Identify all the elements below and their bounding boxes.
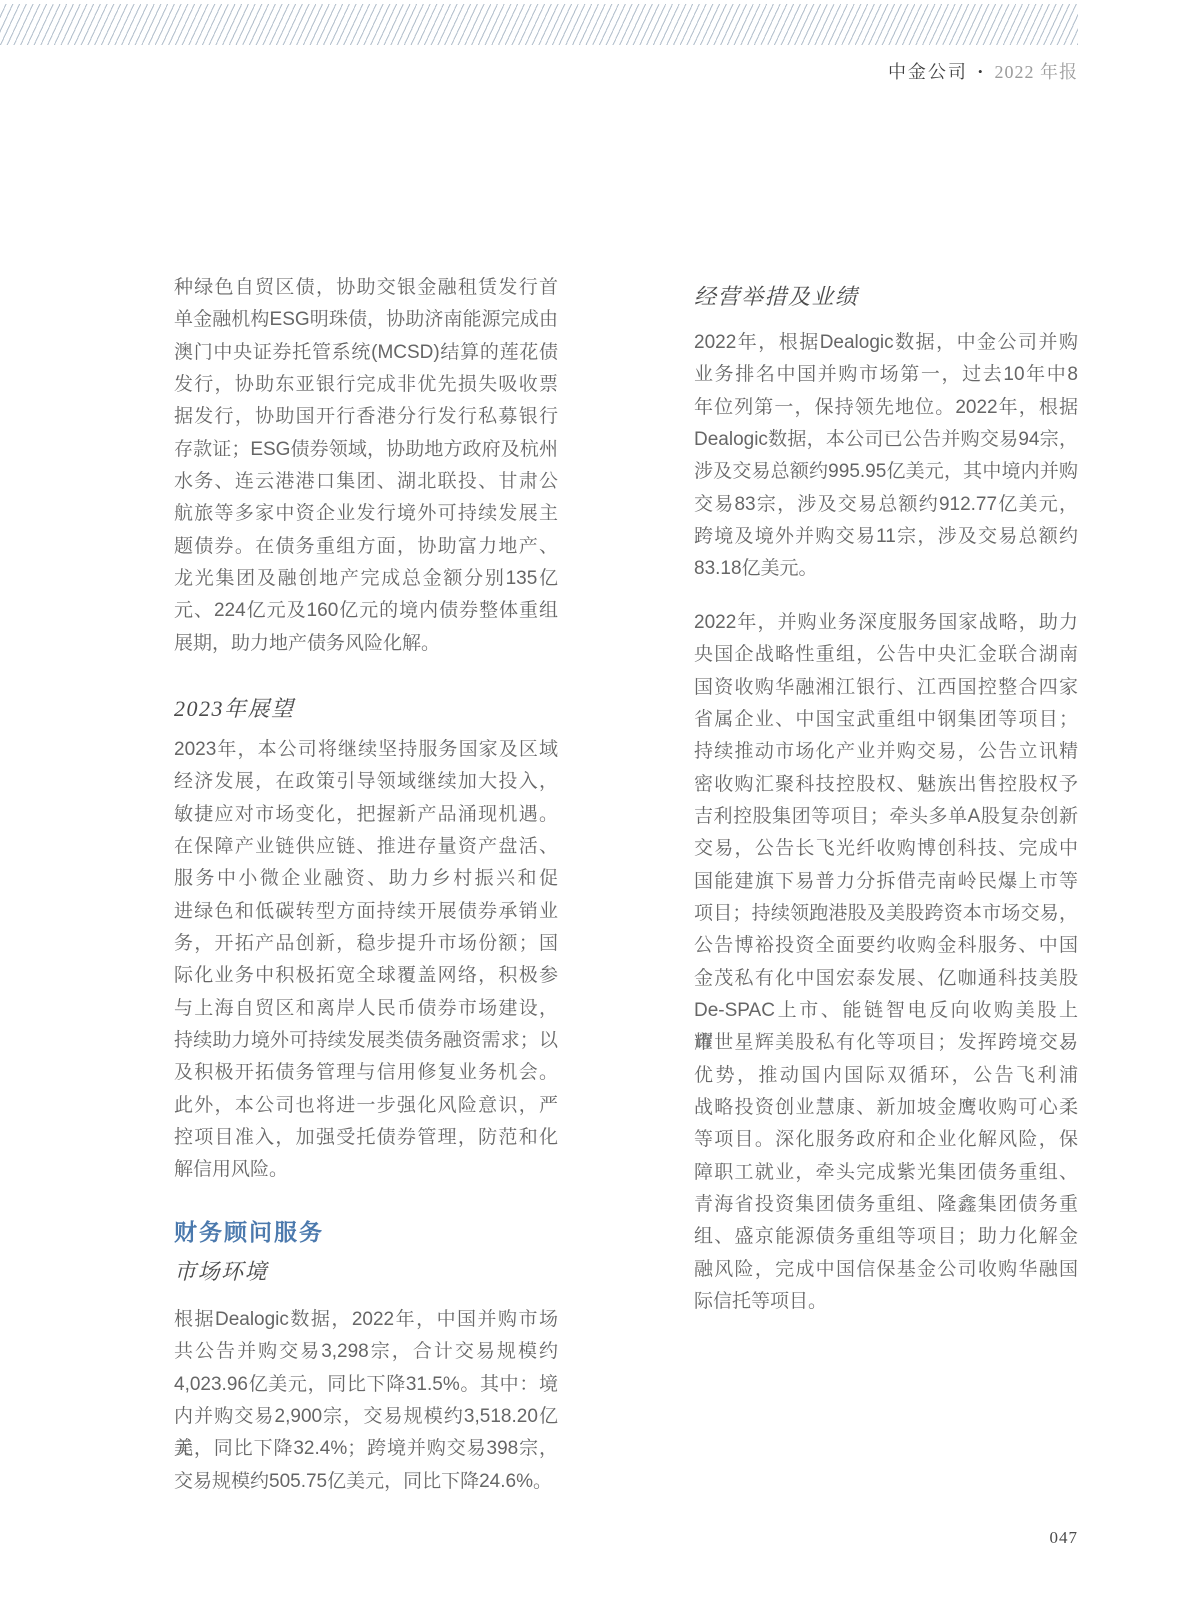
- text-line: 内并购交易2,900宗，交易规模约3,518.20亿美: [174, 1401, 558, 1433]
- text-line: 4,023.96亿美元，同比下降31.5%。其中：境: [174, 1369, 558, 1401]
- text-line: 元、224亿元及160亿元的境内债券整体重组: [174, 595, 558, 627]
- text-line: 务，开拓产品创新，稳步提升市场份额；国: [174, 928, 558, 960]
- text-line: 2023年，本公司将继续坚持服务国家及区域: [174, 734, 558, 766]
- text-line: 服务中小微企业融资、助力乡村振兴和促: [174, 863, 558, 895]
- paragraph-2023-outlook: 2023年，本公司将继续坚持服务国家及区域经济发展，在政策引导领域继续加大投入，…: [174, 734, 558, 1187]
- text-line: 融风险，完成中国信保基金公司收购华融国: [694, 1254, 1078, 1286]
- text-line: 单金融机构ESG明珠债，协助济南能源完成由: [174, 304, 558, 336]
- heading-operations-results: 经营举措及业绩: [694, 280, 859, 311]
- text-line: 国能建旗下易普力分拆借壳南岭民爆上市等: [694, 866, 1078, 898]
- text-line: 解信用风险。: [174, 1154, 558, 1186]
- text-line: 央国企战略性重组，公告中央汇金联合湖南: [694, 639, 1078, 671]
- text-line: 题债券。在债务重组方面，协助富力地产、: [174, 531, 558, 563]
- text-line: 交易规模约505.75亿美元，同比下降24.6%。: [174, 1466, 558, 1498]
- text-line: 发行，协助东亚银行完成非优先损失吸收票: [174, 369, 558, 401]
- text-line: 持续助力境外可持续发展类债务融资需求；以: [174, 1025, 558, 1057]
- bullet-separator-icon: •: [978, 64, 985, 79]
- text-line: 省属企业、中国宝武重组中钢集团等项目；: [694, 704, 1078, 736]
- text-line: 2022年，并购业务深度服务国家战略，助力: [694, 607, 1078, 639]
- text-line: 进绿色和低碳转型方面持续开展债券承销业: [174, 896, 558, 928]
- header-edition: 2022 年报: [995, 62, 1079, 82]
- text-line: 吉利控股集团等项目；牵头多单A股复杂创新: [694, 801, 1078, 833]
- paragraph-ma-ranking: 2022年，根据Dealogic数据，中金公司并购业务排名中国并购市场第一，过去…: [694, 327, 1078, 586]
- text-line: 此外，本公司也将进一步强化风险意识，严: [174, 1090, 558, 1122]
- text-line: 展期，助力地产债务风险化解。: [174, 628, 558, 660]
- text-line: 元，同比下降32.4%；跨境并购交易398宗，: [174, 1433, 558, 1465]
- text-line: 际信托等项目。: [694, 1286, 1078, 1318]
- text-line: 等项目。深化服务政府和企业化解风险，保: [694, 1124, 1078, 1156]
- paragraph-ma-deals: 2022年，并购业务深度服务国家战略，助力央国企战略性重组，公告中央汇金联合湖南…: [694, 607, 1078, 1318]
- page-header: 中金公司•2022 年报: [888, 58, 1078, 84]
- text-line: 航旅等多家中资企业发行境外可持续发展主: [174, 498, 558, 530]
- text-line: 龙光集团及融创地产完成总金额分别135亿: [174, 563, 558, 595]
- text-line: 国资收购华融湘江银行、江西国控整合四家: [694, 672, 1078, 704]
- document-page: 中金公司•2022 年报 种绿色自贸区债，协助交银金融租赁发行首单金融机构ESG…: [0, 0, 1190, 1615]
- text-line: 耀世星辉美股私有化等项目；发挥跨境交易: [694, 1027, 1078, 1059]
- text-line: 及积极开拓债务管理与信用修复业务机会。: [174, 1057, 558, 1089]
- text-line: 业务排名中国并购市场第一，过去10年中8: [694, 359, 1078, 391]
- text-line: 年位列第一，保持领先地位。2022年，根据: [694, 392, 1078, 424]
- text-line: 存款证；ESG债券领域，协助地方政府及杭州: [174, 434, 558, 466]
- text-line: 澳门中央证券托管系统(MCSD)结算的莲花债: [174, 337, 558, 369]
- text-line: 种绿色自贸区债，协助交银金融租赁发行首: [174, 272, 558, 304]
- text-line: 金茂私有化中国宏泰发展、亿咖通科技美股: [694, 963, 1078, 995]
- text-line: Dealogic数据，本公司已公告并购交易94宗，: [694, 424, 1078, 456]
- text-line: 优势，推动国内国际双循环，公告飞利浦: [694, 1060, 1078, 1092]
- text-line: 控项目准入，加强受托债券管理，防范和化: [174, 1122, 558, 1154]
- text-line: 战略投资创业慧康、新加坡金鹰收购可心柔: [694, 1092, 1078, 1124]
- text-line: 持续推动市场化产业并购交易，公告立讯精: [694, 736, 1078, 768]
- text-line: De-SPAC上市、能链智电反向收购美股上市、: [694, 995, 1078, 1027]
- text-line: 组、盛京能源债务重组等项目；助力化解金: [694, 1221, 1078, 1253]
- text-line: 障职工就业，牵头完成紫光集团债务重组、: [694, 1157, 1078, 1189]
- paragraph-debt-underwriting: 种绿色自贸区债，协助交银金融租赁发行首单金融机构ESG明珠债，协助济南能源完成由…: [174, 272, 558, 660]
- decorative-hatch-band: [0, 4, 1078, 45]
- text-line: 涉及交易总额约995.95亿美元，其中境内并购: [694, 456, 1078, 488]
- text-line: 水务、连云港港口集团、湖北联投、甘肃公: [174, 466, 558, 498]
- text-line: 根据Dealogic数据，2022年，中国并购市场: [174, 1304, 558, 1336]
- text-line: 在保障产业链供应链、推进存量资产盘活、: [174, 831, 558, 863]
- text-line: 跨境及境外并购交易11宗，涉及交易总额约: [694, 521, 1078, 553]
- text-line: 际化业务中积极拓宽全球覆盖网络，积极参: [174, 960, 558, 992]
- text-line: 2022年，根据Dealogic数据，中金公司并购: [694, 327, 1078, 359]
- text-line: 与上海自贸区和离岸人民币债券市场建设，: [174, 993, 558, 1025]
- text-line: 据发行，协助国开行香港分行发行私募银行: [174, 401, 558, 433]
- heading-financial-advisory: 财务顾问服务: [174, 1214, 324, 1247]
- text-line: 公告博裕投资全面要约收购金科服务、中国: [694, 930, 1078, 962]
- text-line: 83.18亿美元。: [694, 553, 1078, 585]
- text-line: 交易，公告长飞光纤收购博创科技、完成中: [694, 833, 1078, 865]
- paragraph-market-environment: 根据Dealogic数据，2022年，中国并购市场共公告并购交易3,298宗，合…: [174, 1304, 558, 1498]
- heading-2023-outlook: 2023年展望: [174, 692, 295, 723]
- text-line: 交易83宗，涉及交易总额约912.77亿美元，: [694, 489, 1078, 521]
- text-line: 共公告并购交易3,298宗，合计交易规模约: [174, 1336, 558, 1368]
- page-number: 047: [1050, 1528, 1079, 1548]
- header-brand: 中金公司: [888, 62, 968, 82]
- text-line: 项目；持续领跑港股及美股跨资本市场交易，: [694, 898, 1078, 930]
- heading-market-environment: 市场环境: [174, 1255, 268, 1286]
- text-line: 密收购汇聚科技控股权、魅族出售控股权予: [694, 769, 1078, 801]
- text-line: 经济发展，在政策引导领域继续加大投入，: [174, 766, 558, 798]
- text-line: 青海省投资集团债务重组、隆鑫集团债务重: [694, 1189, 1078, 1221]
- text-line: 敏捷应对市场变化，把握新产品涌现机遇。: [174, 799, 558, 831]
